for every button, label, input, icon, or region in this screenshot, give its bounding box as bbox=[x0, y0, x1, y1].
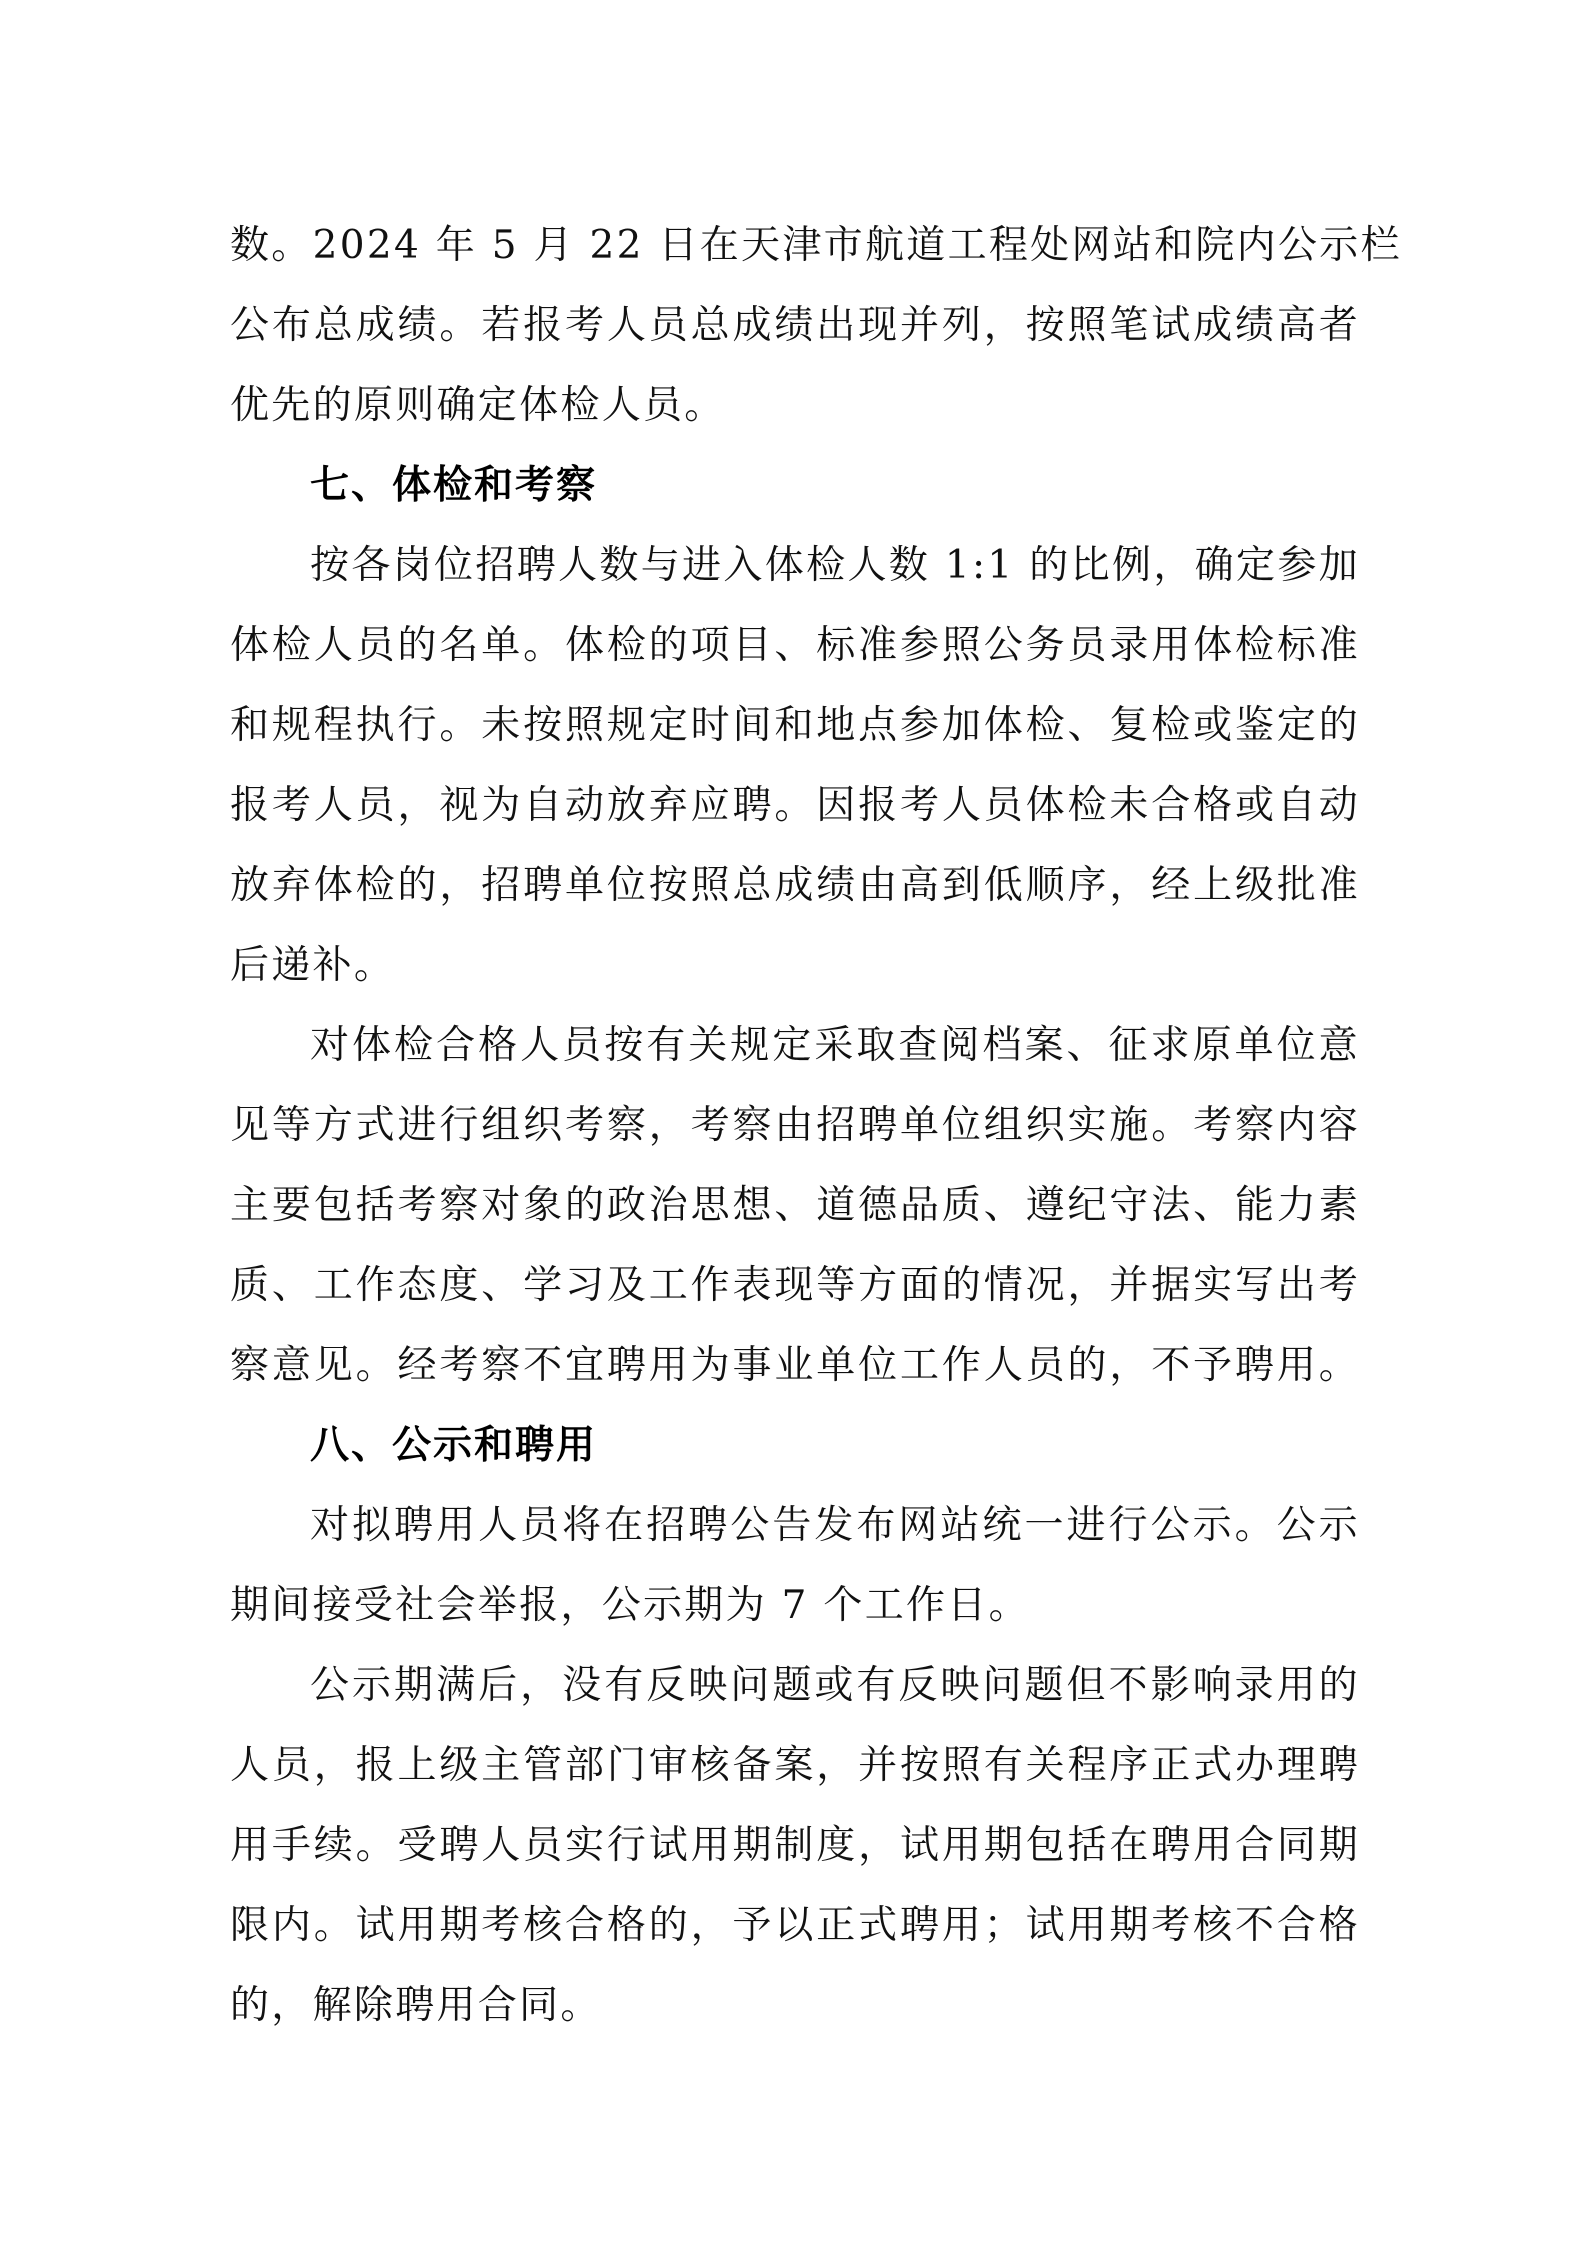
text-line: 后递补。 bbox=[230, 926, 1360, 1006]
text-line: 体检人员的名单。体检的项目、标准参照公务员录用体检标准 bbox=[230, 606, 1360, 686]
document-page: 数。2024 年 5 月 22 日在天津市航道工程处网站和院内公示栏 公布总成绩… bbox=[230, 206, 1360, 2046]
section-heading-physical-exam: 七、体检和考察 bbox=[230, 446, 1360, 526]
text-line: 对体检合格人员按有关规定采取查阅档案、征求原单位意 bbox=[230, 1006, 1360, 1086]
text-line: 人员，报上级主管部门审核备案，并按照有关程序正式办理聘 bbox=[230, 1726, 1360, 1806]
paragraph-physical-exam: 按各岗位招聘人数与进入体检人数 1:1 的比例，确定参加 体检人员的名单。体检的… bbox=[230, 526, 1360, 1006]
text-line: 质、工作态度、学习及工作表现等方面的情况，并据实写出考 bbox=[230, 1246, 1360, 1326]
text-line: 公示期满后，没有反映问题或有反映问题但不影响录用的 bbox=[230, 1646, 1360, 1726]
text-line: 限内。试用期考核合格的，予以正式聘用；试用期考核不合格 bbox=[230, 1886, 1360, 1966]
text-line: 报考人员，视为自动放弃应聘。因报考人员体检未合格或自动 bbox=[230, 766, 1360, 846]
text-line: 期间接受社会举报，公示期为 7 个工作日。 bbox=[230, 1566, 1360, 1646]
text-line: 公布总成绩。若报考人员总成绩出现并列，按照笔试成绩高者 bbox=[230, 286, 1360, 366]
text-line: 优先的原则确定体检人员。 bbox=[230, 366, 1360, 446]
text-line: 对拟聘用人员将在招聘公告发布网站统一进行公示。公示 bbox=[230, 1486, 1360, 1566]
text-line: 见等方式进行组织考察，考察由招聘单位组织实施。考察内容 bbox=[230, 1086, 1360, 1166]
text-line: 察意见。经考察不宜聘用为事业单位工作人员的，不予聘用。 bbox=[230, 1326, 1360, 1406]
text-line: 放弃体检的，招聘单位按照总成绩由高到低顺序，经上级批准 bbox=[230, 846, 1360, 926]
text-line: 和规程执行。未按照规定时间和地点参加体检、复检或鉴定的 bbox=[230, 686, 1360, 766]
text-line: 按各岗位招聘人数与进入体检人数 1:1 的比例，确定参加 bbox=[230, 526, 1360, 606]
text-line: 主要包括考察对象的政治思想、道德品质、遵纪守法、能力素 bbox=[230, 1166, 1360, 1246]
paragraph-publicity: 对拟聘用人员将在招聘公告发布网站统一进行公示。公示 期间接受社会举报，公示期为 … bbox=[230, 1486, 1360, 1646]
paragraph-total-score-announcement: 数。2024 年 5 月 22 日在天津市航道工程处网站和院内公示栏 公布总成绩… bbox=[230, 206, 1360, 446]
text-line: 的，解除聘用合同。 bbox=[230, 1966, 1360, 2046]
text-line: 用手续。受聘人员实行试用期制度，试用期包括在聘用合同期 bbox=[230, 1806, 1360, 1886]
paragraph-hiring-procedure: 公示期满后，没有反映问题或有反映问题但不影响录用的 人员，报上级主管部门审核备案… bbox=[230, 1646, 1360, 2046]
text-line: 数。2024 年 5 月 22 日在天津市航道工程处网站和院内公示栏 bbox=[230, 206, 1360, 286]
section-heading-publicity-hiring: 八、公示和聘用 bbox=[230, 1406, 1360, 1486]
paragraph-investigation: 对体检合格人员按有关规定采取查阅档案、征求原单位意 见等方式进行组织考察，考察由… bbox=[230, 1006, 1360, 1406]
